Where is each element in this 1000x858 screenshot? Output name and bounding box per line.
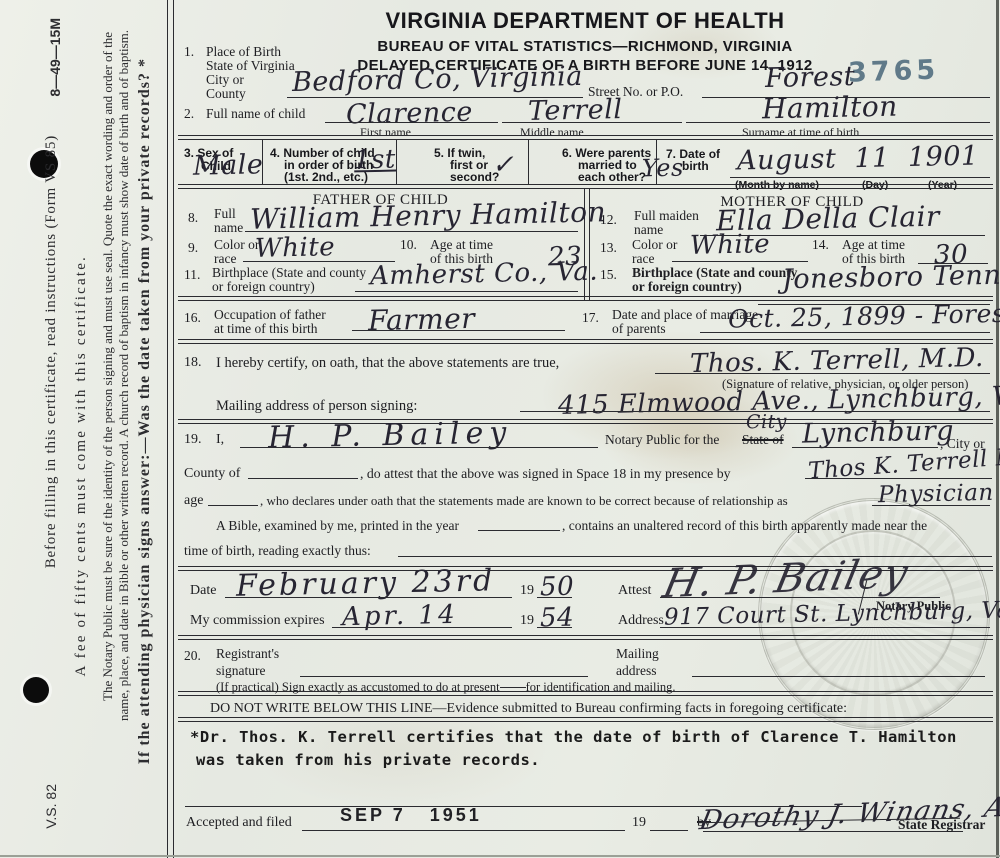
section-rule xyxy=(178,188,993,189)
line xyxy=(208,505,258,506)
margin-rule xyxy=(167,0,168,858)
section-rule xyxy=(178,635,993,636)
line xyxy=(355,291,578,292)
f8-value: William Henry Hamilton xyxy=(250,195,607,235)
line xyxy=(792,447,938,448)
f19-for-text: Notary Public for the xyxy=(605,432,719,448)
exec-commission-year-prefix: 19 xyxy=(520,613,534,629)
exec-date-label: Date xyxy=(190,583,216,599)
f20-label1: Registrant's xyxy=(216,646,279,662)
f7-caption-year: (Year) xyxy=(928,179,957,191)
f17-label2: of parents xyxy=(612,321,666,337)
f16-number: 16. xyxy=(184,310,201,326)
f8-label2: name xyxy=(214,220,243,236)
line xyxy=(502,122,682,123)
f20-label2: signature xyxy=(216,663,266,679)
f6-no: 6. xyxy=(562,146,572,160)
line xyxy=(805,478,992,479)
certificate-number-stamp: 3765 xyxy=(847,54,939,88)
section-rule xyxy=(178,139,993,140)
f19-notary-name: H. P. Bailey xyxy=(268,415,513,455)
f19-county-label: County of xyxy=(184,466,240,482)
line xyxy=(245,231,578,232)
f19-age-label: age xyxy=(184,493,203,509)
exec-commission-label: My commission expires xyxy=(190,613,325,629)
line xyxy=(537,627,572,628)
page-edge-right xyxy=(996,0,999,858)
f2-label: Full name of child xyxy=(206,106,305,122)
f6-label3: each other? xyxy=(578,170,646,184)
exec-address-label: Address xyxy=(618,613,664,629)
f1-street-value: Forest xyxy=(765,61,856,94)
f10-number: 10. xyxy=(400,237,417,253)
margin-print-code: 8—49—15M xyxy=(48,18,62,97)
column-divider xyxy=(396,140,397,185)
line xyxy=(660,627,990,628)
f19-jurisdiction-value: Lynchburg xyxy=(802,415,955,449)
f3-value: Male xyxy=(193,149,264,181)
line xyxy=(478,530,560,531)
f17-number: 17. xyxy=(582,310,599,326)
section-rule xyxy=(178,184,993,185)
f15-value: Jonesboro Tenn xyxy=(782,260,1000,296)
registrar-title: State Registrar xyxy=(898,817,985,833)
f19-inserted-city: City xyxy=(746,411,787,434)
f20-mailing1: Mailing xyxy=(616,646,659,662)
f14-number: 14. xyxy=(812,237,829,253)
header-subtitle-bureau: BUREAU OF VITAL STATISTICS—RICHMOND, VIR… xyxy=(180,38,990,55)
line xyxy=(302,830,625,831)
f16-value: Farmer xyxy=(368,302,476,337)
line xyxy=(655,373,990,374)
f17-value: Oct. 25, 1899 - Forest, Va. xyxy=(728,297,1000,333)
line xyxy=(686,122,990,123)
section-rule xyxy=(178,717,993,718)
margin-note-notary-line1: The Notary Public must be sure of the id… xyxy=(101,32,114,701)
f15-label2: or foreign country) xyxy=(632,279,742,295)
line xyxy=(660,597,940,598)
f11-label2: or foreign country) xyxy=(212,279,315,295)
filed-date-stamp: SEP 7 1951 xyxy=(340,805,482,826)
f2-caption-surname: Surname at time of birth xyxy=(742,125,859,140)
line xyxy=(300,676,588,677)
section-rule xyxy=(178,339,993,340)
section-rule xyxy=(178,135,993,136)
f20-note: (If practical) Sign exactly as accustome… xyxy=(216,680,676,695)
f9-value: White xyxy=(255,232,336,264)
f7-value: August 11 1901 xyxy=(737,140,979,176)
section-rule xyxy=(178,695,993,696)
line xyxy=(872,505,990,506)
f20-mailing2: address xyxy=(616,663,657,679)
f2-caption-first: First name xyxy=(360,125,411,140)
f13-number: 13. xyxy=(600,240,617,256)
f11-value: Amherst Co., Va. xyxy=(370,257,599,292)
f20-number: 20. xyxy=(184,648,201,664)
f1-number: 1. xyxy=(184,44,194,60)
f18-number: 18. xyxy=(184,355,202,371)
line xyxy=(225,597,512,598)
line xyxy=(332,627,512,628)
exec-commission-year-value: 54 xyxy=(540,603,575,634)
section-rule xyxy=(178,721,993,722)
f19-attest-text: , do attest that the above was signed in… xyxy=(360,466,731,482)
line xyxy=(692,676,985,677)
line xyxy=(248,478,358,479)
accepted-year-prefix: 19 xyxy=(632,815,646,831)
margin-note-fee: A fee of fifty cents must come with this… xyxy=(74,255,89,677)
column-divider xyxy=(528,140,529,185)
f4-value: 1st xyxy=(354,145,396,176)
section-rule xyxy=(178,296,993,297)
f19-struck-state-of: State of xyxy=(742,432,784,448)
f19-bible-text2: , contains an unaltered record of this b… xyxy=(562,518,927,534)
line xyxy=(730,177,990,178)
margin-note-physician-question: If the attending physician signs answer:… xyxy=(137,58,153,764)
margin-rule xyxy=(173,0,174,858)
f12-number: 12. xyxy=(600,212,617,228)
page-edge-bottom xyxy=(0,855,1000,857)
section-rule xyxy=(178,639,993,640)
do-not-write-notice: DO NOT WRITE BELOW THIS LINE—Evidence su… xyxy=(210,701,847,717)
f18-mailing-label: Mailing address of person signing: xyxy=(216,398,417,415)
f4-no: 4. xyxy=(270,146,280,160)
f19-relationship-text: , who declares under oath that the state… xyxy=(260,493,788,509)
f2-surname-value: Hamilton xyxy=(762,90,898,126)
f19-i-label: I, xyxy=(216,432,224,448)
line xyxy=(672,261,808,262)
section-rule xyxy=(178,691,993,692)
f1-label-county: County xyxy=(206,86,246,102)
exec-year-prefix: 19 xyxy=(520,583,534,599)
birth-certificate-document: 8—49—15M Before filling in this certific… xyxy=(0,0,1000,858)
margin-note-notary-line2: name, place, and date in Bible or other … xyxy=(117,30,130,721)
margin-note-instructions: Before filling in this certificate, read… xyxy=(44,135,59,568)
line xyxy=(352,330,565,331)
f16-label2: at time of this birth xyxy=(214,321,318,337)
f18-certify-text: I hereby certify, on oath, that the abov… xyxy=(216,355,559,372)
line xyxy=(325,122,498,123)
f19-number: 19. xyxy=(184,432,202,448)
f19-thus-text: time of birth, reading exactly thus: xyxy=(184,543,371,559)
f7-caption-day: (Day) xyxy=(862,179,888,191)
line xyxy=(537,597,572,598)
f8-number: 8. xyxy=(188,210,198,226)
f15-number: 15. xyxy=(600,267,617,283)
f5-checkmark: ✓ xyxy=(492,150,515,180)
f12-label2: name xyxy=(634,222,663,238)
f13-value: White xyxy=(690,229,771,261)
f7-label2: birth xyxy=(682,159,709,173)
margin-form-code: V.S. 82 xyxy=(44,784,58,829)
line xyxy=(240,447,598,448)
header-title: VIRGINIA DEPARTMENT OF HEALTH xyxy=(180,8,990,34)
section-rule xyxy=(178,343,993,344)
line xyxy=(650,830,688,831)
f5-no: 5. xyxy=(434,146,444,160)
f2-number: 2. xyxy=(184,106,194,122)
f7-caption-month: (Month by name) xyxy=(735,179,819,191)
evidence-note-line2: was taken from his private records. xyxy=(196,751,540,769)
exec-attest-label: Attest xyxy=(618,583,651,599)
f7-no: 7. xyxy=(666,147,676,161)
hole-punch-bottom xyxy=(23,677,49,703)
f19-bible-text: A Bible, examined by me, printed in the … xyxy=(216,518,459,534)
f19-relationship-value: Physician xyxy=(878,480,994,508)
f2-caption-middle: Middle name xyxy=(520,125,584,140)
f1-place-value: Bedford Co, Virginia xyxy=(292,61,583,98)
f20-note-dash xyxy=(500,687,526,688)
f11-number: 11. xyxy=(184,267,200,283)
f9-number: 9. xyxy=(188,240,198,256)
line xyxy=(700,332,990,333)
accepted-label: Accepted and filed xyxy=(186,815,292,831)
evidence-note-line1: *Dr. Thos. K. Terrell certifies that the… xyxy=(190,728,957,746)
